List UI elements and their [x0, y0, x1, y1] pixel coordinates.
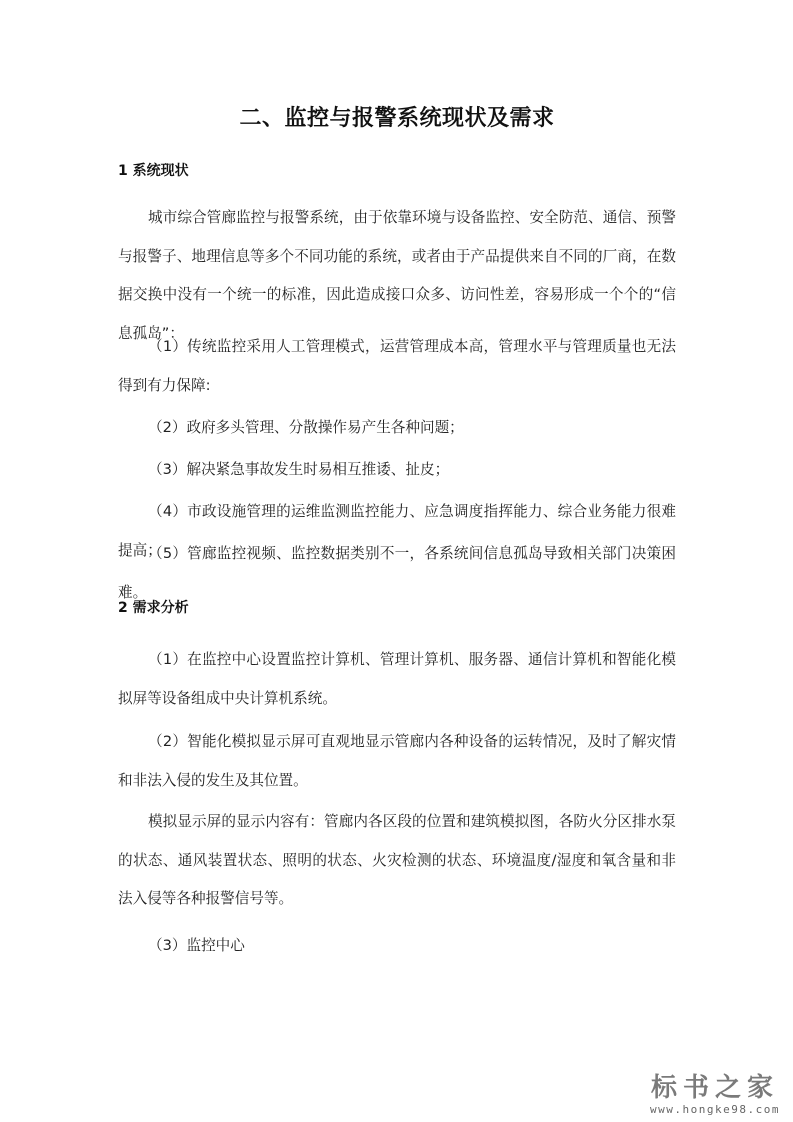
- paragraph-status-item-2: （2）政府多头管理、分散操作易产生各种问题；: [118, 409, 676, 448]
- watermark-logo: 标书之家 www.hongke98.com: [645, 1073, 785, 1116]
- paragraph-requirement-3: （3）监控中心: [118, 927, 676, 966]
- paragraph-display-content: 模拟显示屏的显示内容有：管廊内各区段的位置和建筑模拟图，各防火分区排水泵的状态、…: [118, 803, 676, 919]
- document-title: 二、监控与报警系统现状及需求: [118, 101, 676, 132]
- section-heading-status: 1 系统现状: [118, 160, 189, 180]
- paragraph-requirement-2: （2）智能化模拟显示屏可直观地显示管廊内各种设备的运转情况，及时了解灾情和非法入…: [118, 723, 676, 800]
- watermark-title: 标书之家: [645, 1073, 785, 1103]
- paragraph-status-item-5: （5）管廊监控视频、监控数据类别不一，各系统间信息孤岛导致相关部门决策困难。: [118, 535, 676, 612]
- paragraph-status-item-3: （3）解决紧急事故发生时易相互推诿、扯皮；: [118, 451, 676, 490]
- paragraph-requirement-1: （1）在监控中心设置监控计算机、管理计算机、服务器、通信计算机和智能化模拟屏等设…: [118, 641, 676, 718]
- watermark-url: www.hongke98.com: [645, 1103, 785, 1116]
- paragraph-status-item-1: （1）传统监控采用人工管理模式，运营管理成本高，管理水平与管理质量也无法得到有力…: [118, 328, 676, 405]
- section-heading-requirements: 2 需求分析: [118, 597, 189, 617]
